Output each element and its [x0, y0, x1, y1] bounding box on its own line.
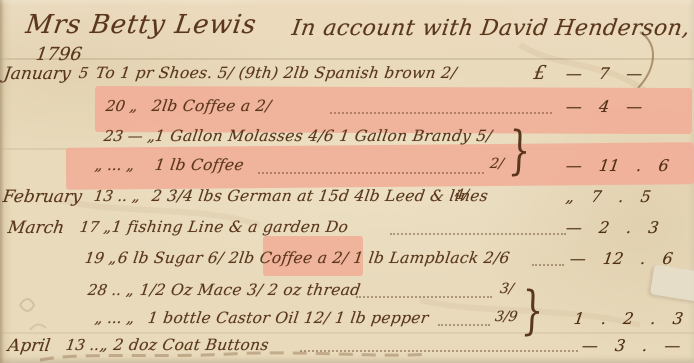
entry-text: 1 Gallon Molasses 4/6 1 Gallon Brandy 5/	[154, 127, 494, 145]
day-label: 17 „	[79, 218, 113, 236]
amount: — 2 . 3	[565, 218, 660, 237]
day-label: 13 ..	[65, 336, 101, 354]
month-label: April	[7, 336, 52, 356]
day-label: 28 .. „	[87, 281, 135, 299]
entry-price: 3/9	[494, 309, 519, 325]
amount: 1 . 2 . 3	[573, 309, 685, 328]
month-label: February	[2, 187, 84, 207]
ledger-row: January 5 To 1 pr Shoes. 5/ (9th) 2lb Sp…	[0, 64, 694, 96]
ledger-row: 20 „ 2lb Coffee a 2/ — 4 —	[0, 97, 694, 129]
entry-text: To 1 pr Shoes. 5/ (9th) 2lb Spanish brow…	[95, 64, 458, 82]
grouping-brace: }	[521, 285, 545, 337]
leader-dots	[300, 338, 578, 352]
ledger-row: April 13 .. „ 2 doz Coat Buttons — 3 . —	[0, 336, 694, 363]
header-row: Mrs Betty Lewis In account with David He…	[0, 8, 694, 40]
entry-price: 3/	[499, 281, 515, 297]
ledger-row: 19 „ 6 lb Sugar 6/ 2lb Coffee a 2/ 1 lb …	[0, 249, 694, 281]
entry-text: 1 lb Coffee	[154, 156, 245, 174]
entry-text: 1 bottle Castor Oil 12/ 1 lb pepper	[147, 309, 430, 327]
entry-price: 4/	[454, 187, 470, 203]
amount: „ 7 . 5	[565, 187, 653, 206]
leader-dots	[438, 312, 490, 326]
leader-dots	[390, 221, 566, 235]
month-label: January	[3, 64, 73, 84]
ledger-row: 23 — „ 1 Gallon Molasses 4/6 1 Gallon Br…	[0, 127, 694, 159]
ledger-row: „ ... „ 1 lb Coffee 2/ — 11 . 6	[0, 156, 694, 188]
amount: — 7 —	[565, 64, 644, 83]
amount: — 12 . 6	[569, 249, 675, 268]
leader-dots	[532, 252, 564, 266]
day-label: „ ... „	[94, 156, 136, 174]
day-label: 5	[78, 64, 90, 82]
entry-price: 2/	[489, 156, 505, 172]
entry-text: 1 fishing Line & a garden Do	[111, 218, 350, 236]
leader-dots	[258, 160, 484, 174]
account-holder-name: Mrs Betty Lewis	[24, 10, 259, 40]
entry-text: „ 2 doz Coat Buttons	[99, 336, 270, 354]
leader-dots	[356, 284, 492, 298]
day-label: 20 „	[105, 97, 139, 115]
leader-dots	[330, 100, 552, 114]
ledger-page: Mrs Betty Lewis In account with David He…	[0, 0, 694, 363]
day-label: 23 — „	[103, 127, 157, 145]
month-label: March	[7, 218, 66, 238]
amount: — 3 . —	[581, 336, 682, 355]
amount: — 4 —	[565, 97, 644, 116]
entry-text: 2lb Coffee a 2/	[151, 97, 273, 115]
entry-text: 2 3/4 lbs German at 15d 4lb Leed & lines	[151, 187, 490, 205]
entry-text: 1/2 Oz Mace 3/ 2 oz thread	[139, 281, 362, 299]
year-label: 1796	[35, 44, 84, 65]
day-label: „ ... „	[94, 309, 136, 327]
currency-symbol: £	[532, 62, 547, 84]
entry-text: 6 lb Sugar 6/ 2lb Coffee a 2/ 1 lb Lampb…	[117, 249, 511, 267]
ledger-row: March 17 „ 1 fishing Line & a garden Do …	[0, 218, 694, 250]
amount: — 11 . 6	[565, 156, 671, 175]
ledger-row: February 13 .. „ 2 3/4 lbs German at 15d…	[0, 187, 694, 219]
account-with-label: In account with David Henderson,	[290, 16, 691, 41]
day-label: 19 „	[84, 249, 118, 267]
day-label: 13 .. „	[93, 187, 141, 205]
